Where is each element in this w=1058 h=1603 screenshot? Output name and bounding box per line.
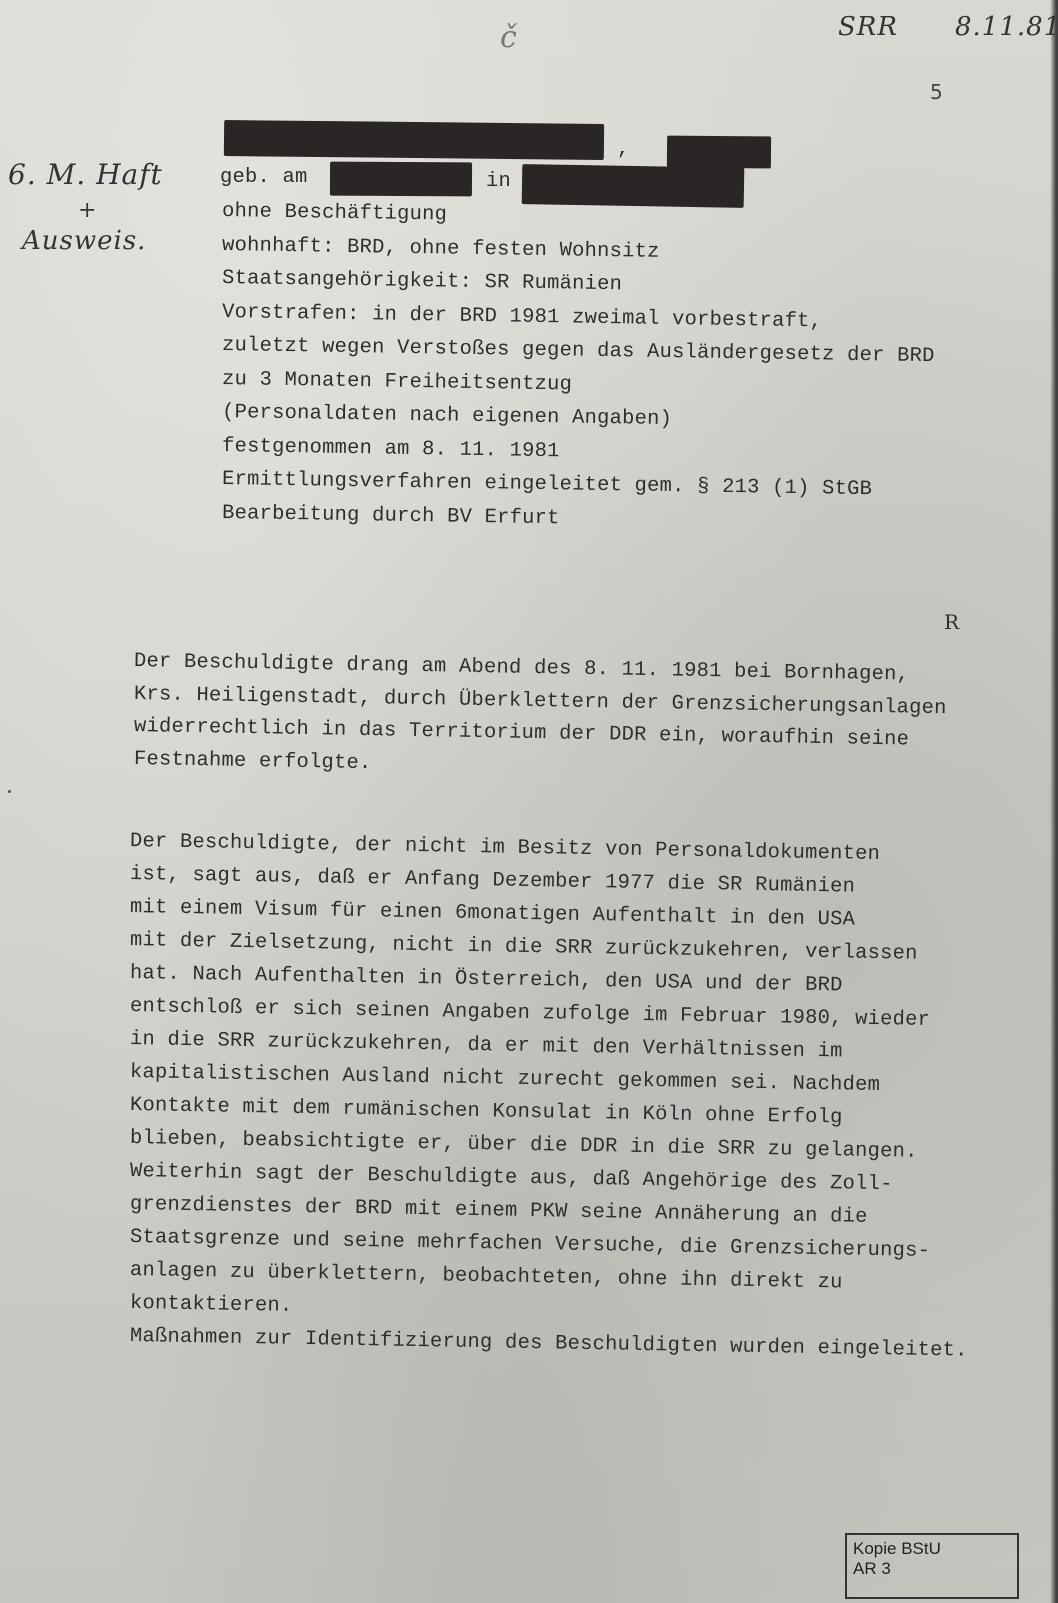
text-line: entschloß er sich seinen Angaben zufolge… (130, 997, 930, 1031)
handwritten-mark: č (500, 20, 518, 55)
handwritten-date: 8.11.81 (955, 12, 1058, 42)
scan-speck (8, 790, 11, 793)
text-line: Maßnahmen zur Identifizierung des Beschu… (130, 1327, 968, 1362)
document-page: SRR 8.11.81 č 5 6. M. Haft + Ausweis. , … (0, 0, 1058, 1603)
text-line: (Personaldaten nach eigenen Angaben) (222, 403, 672, 431)
text-line: grenzdienstes der BRD mit einem PKW sein… (130, 1195, 868, 1228)
text-line: in die SRR zurückzukehren, da er mit den… (130, 1030, 843, 1063)
margin-note-line-2: + (78, 198, 97, 223)
text-line: Weiterhin sagt der Beschuldigte aus, daß… (130, 1162, 893, 1196)
text-line: ohne Beschäftigung (222, 202, 447, 226)
registered-mark: R (944, 610, 959, 634)
text-line: Staatsangehörigkeit: SR Rumänien (222, 269, 622, 296)
redaction-name (224, 120, 604, 160)
handwritten-country-code: SRR (838, 12, 898, 42)
margin-note-line-1: 6. M. Haft (8, 158, 163, 191)
text-line: zu 3 Monaten Freiheitsentzug (222, 370, 572, 396)
redaction-birthdate (330, 162, 472, 197)
scan-edge-shadow (1050, 0, 1058, 1603)
text-line: hat. Nach Aufenthalten in Österreich, de… (130, 964, 843, 997)
text-line: zuletzt wegen Verstoßes gegen das Auslän… (222, 336, 935, 368)
margin-note-line-3: Ausweis. (22, 226, 146, 256)
text-line: Bearbeitung durch BV Erfurt (222, 504, 560, 530)
birth-label: geb. am (220, 168, 308, 189)
text-line: mit einem Visum für einen 6monatigen Auf… (130, 898, 855, 931)
text-line: festgenommen am 8. 11. 1981 (222, 437, 560, 463)
text-line: Der Beschuldigte drang am Abend des 8. 1… (134, 652, 909, 686)
text-line: kapitalistischen Ausland nicht zurecht g… (130, 1063, 880, 1097)
stamp-line-1: Kopie BStU (853, 1539, 941, 1559)
text-line: Kontakte mit dem rumänischen Konsulat in… (130, 1096, 843, 1129)
birthplace-label: in (486, 172, 511, 193)
text-line: kontaktieren. (130, 1294, 293, 1317)
page-number: 5 (930, 80, 943, 104)
stamp-line-2: AR 3 (853, 1559, 891, 1579)
text-line: mit der Zielsetzung, nicht in die SRR zu… (130, 931, 918, 965)
text-line: wohnhaft: BRD, ohne festen Wohnsitz (222, 236, 660, 263)
text-line: Der Beschuldigte, der nicht im Besitz vo… (130, 832, 880, 866)
redaction-birthplace (522, 164, 745, 208)
text-line: blieben, beabsichtigte er, über die DDR … (130, 1129, 918, 1163)
archive-stamp: Kopie BStU AR 3 (845, 1533, 1019, 1599)
text-line: widerrechtlich in das Territorium der DD… (134, 717, 909, 751)
text-line: Vorstrafen: in der BRD 1981 zweimal vorb… (222, 303, 822, 333)
redaction-firstname (667, 136, 771, 169)
text-line: Ermittlungsverfahren eingeleitet gem. § … (222, 470, 872, 501)
text-line: Krs. Heiligenstadt, durch Überklettern d… (134, 685, 947, 720)
text-line: Staatsgrenze und seine mehrfachen Versuc… (130, 1228, 930, 1262)
text-line: ist, sagt aus, daß er Anfang Dezember 19… (130, 865, 855, 898)
text-line: anlagen zu überklettern, beobachteten, o… (130, 1261, 843, 1294)
name-comma: , (617, 140, 630, 161)
text-line: Festnahme erfolgte. (134, 750, 372, 775)
